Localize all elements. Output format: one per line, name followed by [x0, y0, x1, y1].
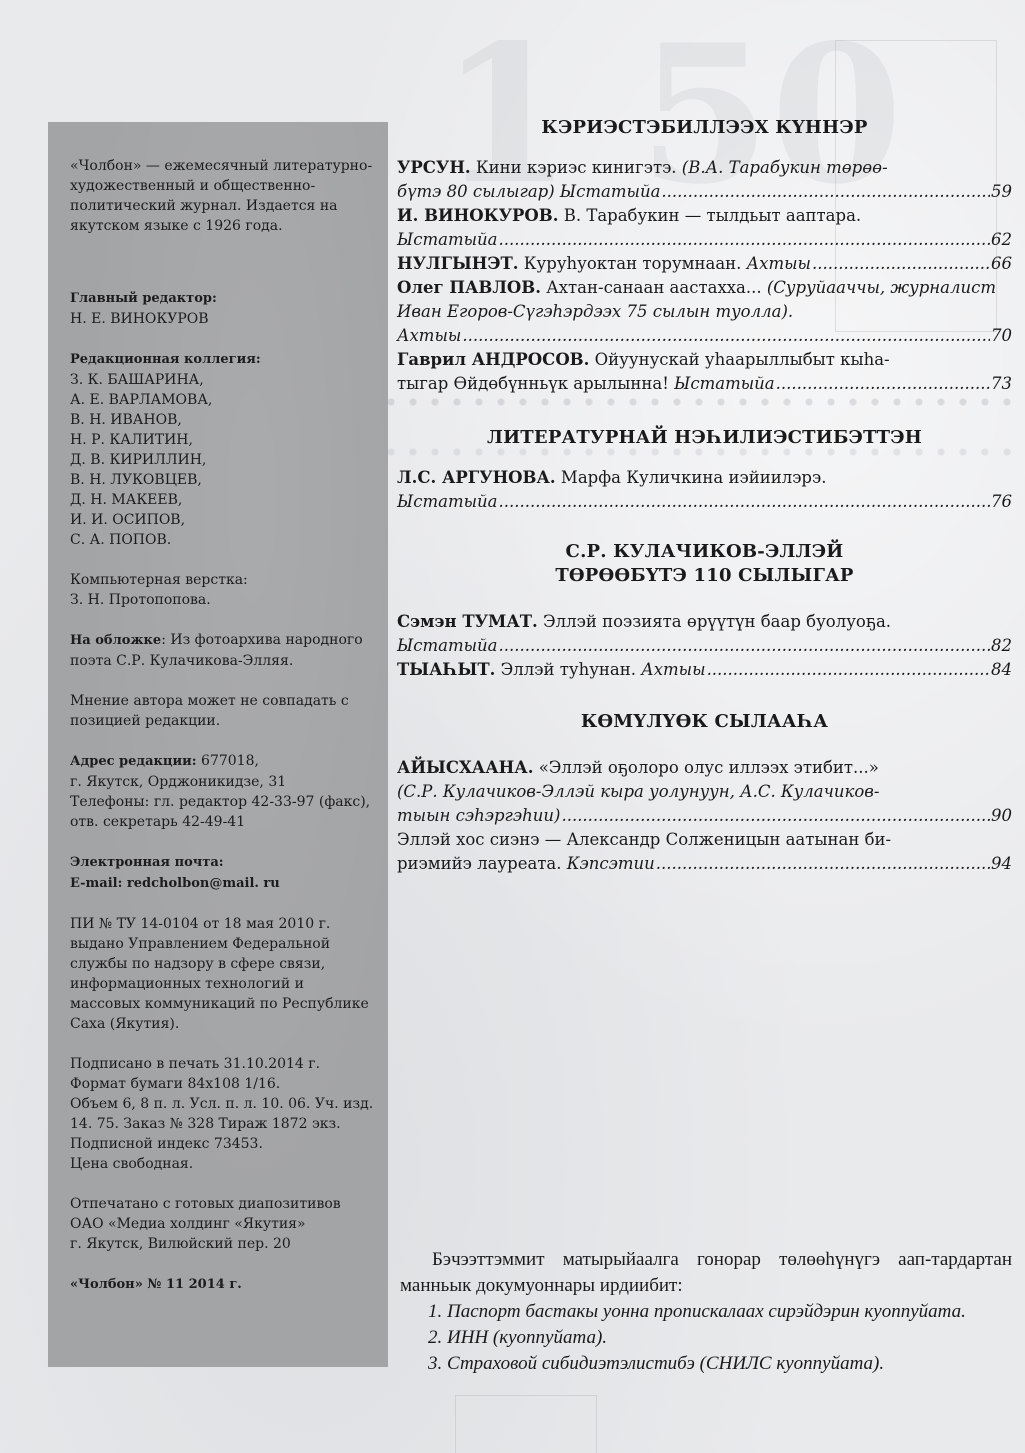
entry-page: 59 — [991, 180, 1012, 204]
print-line: Подписано в печать 31.10.2014 г. — [70, 1054, 374, 1074]
entry-page: 62 — [991, 228, 1012, 252]
leader-dots — [812, 252, 990, 276]
leader-dots — [656, 852, 990, 876]
board-member: А. Е. ВАРЛАМОВА, — [70, 390, 374, 410]
entry-genre: Ахтыы — [747, 254, 811, 273]
address-index: 677018, — [197, 753, 259, 769]
leader-dots — [462, 324, 990, 348]
print-line: Формат бумаги 84х108 1/16. — [70, 1074, 374, 1094]
section-title: КЭРИЭСТЭБИЛЛЭЭХ КҮННЭР — [397, 116, 1012, 140]
layout-person: З. Н. Протопопова. — [70, 590, 374, 610]
toc-entry[interactable]: И. ВИНОКУРОВ. В. Тарабукин — тылдьыт аап… — [397, 204, 1012, 252]
imprint-panel: «Чолбон» — ежемесячный литературно-худож… — [48, 122, 388, 1367]
board-label: Редакционная коллегия: — [70, 352, 261, 367]
entry-author: Гаврил АНДРОСОВ. — [397, 350, 589, 369]
board-member: В. Н. ИВАНОВ, — [70, 410, 374, 430]
entry-page: 66 — [991, 252, 1012, 276]
printer-details: Отпечатано с готовых диапозитивов ОАО «М… — [70, 1194, 374, 1254]
editorial-board: Редакционная коллегия: З. К. БАШАРИНА, А… — [70, 349, 374, 550]
disclaimer: Мнение автора может не совпадать с позиц… — [70, 691, 374, 731]
entry-title: Куруһуоктан торумнаан. — [519, 254, 747, 273]
print-line: Подписной индекс 73453. — [70, 1134, 374, 1154]
chief-editor-block: Главный редактор: Н. Е. ВИНОКУРОВ — [70, 288, 374, 329]
toc-entry[interactable]: Олег ПАВЛОВ. Ахтан-санаан аастахха... (С… — [397, 276, 1012, 348]
chief-editor-label: Главный редактор: — [70, 291, 217, 306]
email-block: Электронная почта: E-mail: redcholbon@ma… — [70, 852, 374, 894]
entry-author: УРСУН. — [397, 158, 471, 177]
board-member: В. Н. ЛУКОВЦЕВ, — [70, 470, 374, 490]
entry-author: Сэмэн ТУМАТ. — [397, 612, 538, 631]
entry-genre: Ыстатыйа — [674, 374, 775, 393]
address-street: г. Якутск, Орджоникидзе, 31 — [70, 772, 374, 792]
list-item: 2. ИНН (куоппуйата). — [428, 1325, 1012, 1351]
leader-dots — [707, 658, 990, 682]
entry-genre: бүтэ 80 сылыгар) Ыстатыйа — [397, 180, 660, 204]
layout-label: Компьютерная верстка: — [70, 570, 374, 590]
entry-title: Ойуунускай уһаарыллыбыт кыһа- — [589, 350, 889, 369]
toc-section: С.Р. КУЛАЧИКОВ-ЭЛЛЭЙ ТӨРӨӨБҮТЭ 110 СЫЛЫГ… — [397, 540, 1012, 682]
entry-title: Ахтан-санаан аастахха... — [541, 278, 767, 297]
entry-genre: Ахтыы — [641, 660, 705, 679]
entry-genre: Ыстатыйа — [397, 228, 498, 252]
license-text: ПИ № ТУ 14-0104 от 18 мая 2010 г. выдано… — [70, 914, 374, 1034]
printer-line: Отпечатано с готовых диапозитивов — [70, 1194, 374, 1214]
required-documents-list: 1. Паспорт бастакы уонна пропискалаах си… — [400, 1299, 1012, 1377]
entry-page: 82 — [991, 634, 1012, 658]
entry-title: Эллэй туһунан. — [495, 660, 641, 679]
phones: Телефоны: гл. редактор 42-33-97 (факс), — [70, 792, 374, 812]
entry-title: «Эллэй оҕолоро олус иллээх этибит...» — [533, 758, 878, 777]
entry-title: Эллэй поэзията өрүүтүн баар буолуоҕа. — [538, 612, 891, 631]
section-title-line-2: ТӨРӨӨБҮТЭ 110 СЫЛЫГАР — [397, 564, 1012, 588]
board-member: Д. Н. МАКЕЕВ, — [70, 490, 374, 510]
entry-note: (В.А. Тарабукин төрөө- — [682, 158, 888, 177]
entry-author: ТЫАҺЫТ. — [397, 660, 495, 679]
toc-section: ЛИТЕРАТУРНАЙ НЭҺИЛИЭСТИБЭТТЭН Л.С. АРГУН… — [397, 426, 1012, 514]
toc-entry[interactable]: Эллэй хос сиэнэ — Александр Солженицын а… — [397, 828, 1012, 876]
printer-line: ОАО «Медиа холдинг «Якутия» — [70, 1214, 374, 1234]
entry-author: АЙЫСХААНА. — [397, 758, 533, 777]
imprint-intro: «Чолбон» — ежемесячный литературно-худож… — [70, 156, 374, 236]
entry-title: Кини кэриэс кинигэтэ. — [471, 158, 682, 177]
section-title: КӨМҮЛҮӨК СЫЛААҺА — [397, 710, 1012, 734]
board-member: Д. В. КИРИЛЛИН, — [70, 450, 374, 470]
section-title: С.Р. КУЛАЧИКОВ-ЭЛЛЭЙ ТӨРӨӨБҮТЭ 110 СЫЛЫГ… — [397, 540, 1012, 588]
entry-page: 73 — [991, 372, 1012, 396]
ghost-frame — [455, 1395, 597, 1453]
layout-credit: Компьютерная верстка: З. Н. Протопопова. — [70, 570, 374, 610]
toc-entry[interactable]: Л.С. АРГУНОВА. Марфа Куличкина иэйиилэрэ… — [397, 466, 1012, 514]
toc-section: КЭРИЭСТЭБИЛЛЭЭХ КҮННЭР УРСУН. Кини кэриэ… — [397, 116, 1012, 396]
table-of-contents: КЭРИЭСТЭБИЛЛЭЭХ КҮННЭР УРСУН. Кини кэриэ… — [397, 112, 1012, 892]
leader-dots — [499, 228, 990, 252]
printer-line: г. Якутск, Вилюйский пер. 20 — [70, 1234, 374, 1254]
leader-dots — [776, 372, 990, 396]
entry-page: 90 — [991, 804, 1012, 828]
entry-page: 94 — [991, 852, 1012, 876]
cover-credit: На обложке: Из фотоархива народного поэт… — [70, 630, 374, 671]
honorarium-notice: Бэчээттэммит матырыйаалга гонорар төлөөһ… — [400, 1247, 1012, 1377]
board-member: Н. Р. КАЛИТИН, — [70, 430, 374, 450]
entry-genre: Ыстатыйа — [397, 634, 498, 658]
entry-note-cont: тыын сэһэргэһии) — [397, 804, 560, 828]
entry-page: 84 — [991, 658, 1012, 682]
entry-note: (С.Р. Кулачиков-Эллэй кыра уолунуун, А.С… — [397, 780, 1012, 804]
section-title-line-1: С.Р. КУЛАЧИКОВ-ЭЛЛЭЙ — [397, 540, 1012, 564]
leader-dots — [499, 490, 990, 514]
entry-genre: Кэпсэтии — [567, 854, 655, 873]
print-details: Подписано в печать 31.10.2014 г. Формат … — [70, 1054, 374, 1174]
entry-title-cont: тыгар Өйдөбүнньүк арылынна! — [397, 374, 674, 393]
email-label: Электронная почта: — [70, 855, 224, 870]
list-item: 1. Паспорт бастакы уонна пропискалаах си… — [428, 1299, 1012, 1325]
entry-author: Л.С. АРГУНОВА. — [397, 468, 556, 487]
notice-intro: Бэчээттэммит матырыйаалга гонорар төлөөһ… — [400, 1247, 1012, 1299]
entry-title-cont: риэмийэ лауреата. — [397, 854, 567, 873]
entry-page: 76 — [991, 490, 1012, 514]
toc-entry[interactable]: НУЛГЫНЭТ. Куруһуоктан торумнаан. Ахтыы66 — [397, 252, 1012, 276]
board-member: З. К. БАШАРИНА, — [70, 370, 374, 390]
issue-number: «Чолбон» № 11 2014 г. — [70, 1277, 242, 1292]
entry-author: И. ВИНОКУРОВ. — [397, 206, 558, 225]
entry-author: НУЛГЫНЭТ. — [397, 254, 519, 273]
toc-entry[interactable]: Гаврил АНДРОСОВ. Ойуунускай уһаарыллыбыт… — [397, 348, 1012, 396]
entry-title: Эллэй хос сиэнэ — Александр Солженицын а… — [397, 828, 1012, 852]
leader-dots — [561, 804, 990, 828]
entry-genre: Ахтыы — [397, 324, 461, 348]
entry-title: В. Тарабукин — тылдьыт ааптара. — [558, 206, 861, 225]
address-block: Адрес редакции: 677018, г. Якутск, Орджо… — [70, 751, 374, 832]
leader-dots — [661, 180, 990, 204]
board-member: С. А. ПОПОВ. — [70, 530, 374, 550]
leader-dots — [499, 634, 990, 658]
entry-title: Марфа Куличкина иэйиилэрэ. — [556, 468, 827, 487]
print-line: Цена свободная. — [70, 1154, 374, 1174]
board-member: И. И. ОСИПОВ, — [70, 510, 374, 530]
toc-entry[interactable]: УРСУН. Кини кэриэс кинигэтэ. (В.А. Тараб… — [397, 156, 1012, 204]
toc-section: КӨМҮЛҮӨК СЫЛААҺА АЙЫСХААНА. «Эллэй оҕоло… — [397, 710, 1012, 876]
print-line: Объем 6, 8 п. л. Усл. п. л. 10. 06. Уч. … — [70, 1094, 374, 1114]
toc-entry[interactable]: ТЫАҺЫТ. Эллэй туһунан. Ахтыы84 — [397, 658, 1012, 682]
entry-author: Олег ПАВЛОВ. — [397, 278, 541, 297]
toc-entry[interactable]: АЙЫСХААНА. «Эллэй оҕолоро олус иллээх эт… — [397, 756, 1012, 828]
phones-secretary: отв. секретарь 42-49-41 — [70, 812, 374, 832]
cover-label: На обложке — [70, 633, 161, 648]
email-link[interactable]: E-mail: redcholbon@mail. ru — [70, 876, 280, 891]
address-label: Адрес редакции: — [70, 754, 197, 769]
toc-entry[interactable]: Сэмэн ТУМАТ. Эллэй поэзията өрүүтүн баар… — [397, 610, 1012, 658]
print-line: 14. 75. Заказ № 328 Тираж 1872 экз. — [70, 1114, 374, 1134]
entry-genre: Ыстатыйа — [397, 490, 498, 514]
section-title: ЛИТЕРАТУРНАЙ НЭҺИЛИЭСТИБЭТТЭН — [397, 426, 1012, 450]
entry-page: 70 — [991, 324, 1012, 348]
chief-editor-name: Н. Е. ВИНОКУРОВ — [70, 309, 374, 329]
list-item: 3. Страховой сибидиэтэлистибэ (СНИЛС куо… — [428, 1351, 1012, 1377]
